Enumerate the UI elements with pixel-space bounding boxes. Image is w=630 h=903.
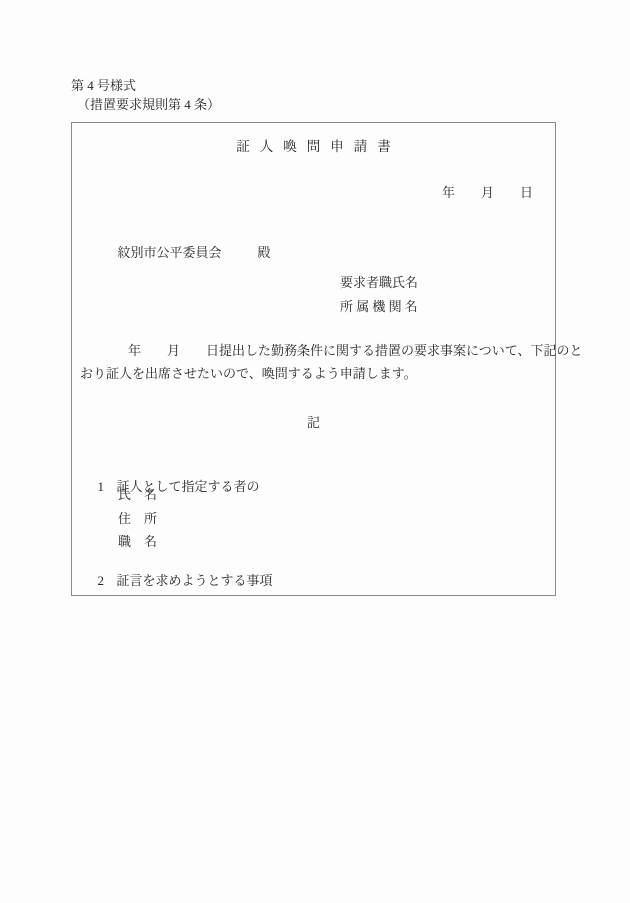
form-title: 証人喚問申請書 [72, 139, 555, 155]
list-item-2-number: 2 [98, 573, 117, 589]
sub-item-address-field: 住 所 [118, 511, 157, 527]
list-item-2: 2証言を求めようとする事項 [78, 557, 273, 605]
note-marker: 記 [72, 415, 555, 431]
addressee-line: 紋別市公平委員会殿 [98, 229, 271, 277]
form-border-box: 証人喚問申請書 年 月 日 紋別市公平委員会殿 要求者職氏名 所属機関名 年 月… [71, 122, 556, 596]
date-blank-line: 年 月 日 [442, 185, 533, 201]
requester-name-label: 要求者職氏名 [340, 275, 421, 299]
form-basis-label: （措置要求規則第 4 条） [77, 97, 220, 113]
list-item-2-label: 証言を求めようとする事項 [117, 573, 273, 588]
list-item-1: 1証人として指定する者の [78, 463, 260, 511]
addressee-name: 紋別市公平委員会 [118, 245, 222, 260]
body-paragraph-line-2: おり証人を出席させたいので、喚問するよう申請します。 [80, 366, 549, 382]
document-page: 第 4 号様式 （措置要求規則第 4 条） 証人喚問申請書 年 月 日 紋別市公… [0, 0, 630, 903]
body-paragraph-line-1: 年 月 日提出した勤務条件に関する措置の要求事案について、下記のと [80, 343, 549, 359]
list-item-1-number: 1 [98, 479, 117, 495]
sub-item-name-field: 氏 名 [118, 487, 157, 503]
requester-block: 要求者職氏名 所属機関名 [340, 275, 421, 323]
sub-item-jobtitle-field: 職 名 [118, 534, 157, 550]
requester-org-label: 所属機関名 [340, 299, 421, 323]
addressee-honorific: 殿 [258, 245, 271, 261]
form-number-label: 第 4 号様式 [71, 78, 136, 94]
